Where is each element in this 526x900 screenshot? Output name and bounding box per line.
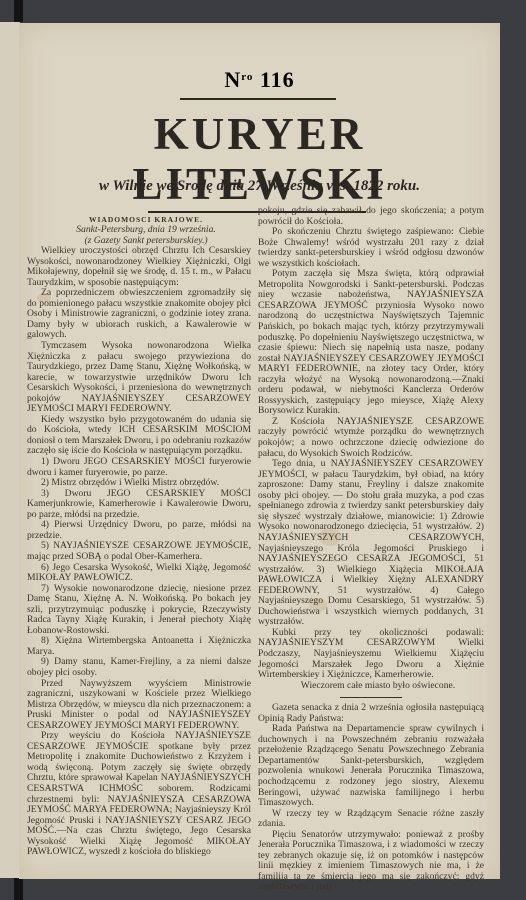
article-paragraph: 1) Dworu JEGO CESARSKIEY MOŚCI furyerowi… bbox=[27, 457, 251, 478]
article-paragraph: Po skończeniu Chrztu świętego zaśpiewano… bbox=[258, 227, 484, 269]
left-column: WIADOMOSCI KRAJOWE. Sankt-Petersburg, dn… bbox=[27, 215, 251, 858]
article-paragraph: Przy weyściu do Kościoła NAYJAŚNIEYSZE C… bbox=[27, 731, 251, 858]
right-column: pokoju, gdzie się zabawił do jego skończ… bbox=[258, 206, 484, 893]
article-paragraph: pokoju, gdzie się zabawił do jego skończ… bbox=[258, 206, 484, 227]
article-paragraph: Rada Państwa na Departamencie spraw cywi… bbox=[258, 724, 484, 808]
article-paragraph: Tymczasem Wysoka nowonarodzona Wielka Xi… bbox=[27, 341, 251, 415]
article-paragraph: Tego dnia, u NAYJAŚNIEYSZEY CESARZOWEY J… bbox=[258, 459, 484, 628]
article-paragraph: Za poprzedniczem obwieszczeniem zgromadz… bbox=[27, 288, 251, 341]
place-date: Sankt-Petersburg, dnia 19 września. bbox=[27, 225, 251, 236]
previous-page-flap bbox=[0, 22, 20, 878]
article-paragraph: Gazeta senacka z dnia 2 września ogłosił… bbox=[258, 703, 484, 724]
article-paragraph: Pięciu Senatorów utrzymywało: ponieważ z… bbox=[258, 830, 484, 893]
article-paragraph: Kiedy wszystko było przygotowaném do uda… bbox=[27, 415, 251, 457]
article-paragraph: 9) Damy stanu, Kamer-Frejliny, a za niem… bbox=[27, 657, 251, 678]
binding-edge-top bbox=[14, 0, 23, 22]
article-paragraph: 4) Pierwsi Urzędnicy Dworu, po parze, mł… bbox=[27, 520, 251, 541]
article-separator bbox=[340, 697, 402, 698]
article-paragraph: Przed Naywyższem wyyściem Ministrowie za… bbox=[27, 679, 251, 732]
article-paragraph: 3) Dworu JEGO CESARSKIEY MOŚCI Kamerjunk… bbox=[27, 489, 251, 521]
article-paragraph: 7) Wysokie nowonarodzone dziecię, niesio… bbox=[27, 584, 251, 637]
article-paragraph: W rzeczy tey w Rządzącym Senacie różne z… bbox=[258, 809, 484, 830]
article-paragraph: Potym zaczęła się Msza święta, którą odp… bbox=[258, 269, 484, 417]
article-paragraph: Z Kościoła NAYJAŚNIEYSZE CESARZOWE raczy… bbox=[258, 417, 484, 459]
article-paragraph: Wielkiey uroczystości obrzęd Chrztu Ich … bbox=[27, 246, 251, 288]
article-paragraph: Kubki przy tey okoliczności podawali: NA… bbox=[258, 628, 484, 681]
masthead-rule-top bbox=[180, 98, 336, 100]
article-paragraph: Wieczorem całe miasto było oświecone. bbox=[258, 681, 484, 692]
article-paragraph: 8) Xiężna Wirtembergska Antoanetta i Xię… bbox=[27, 636, 251, 657]
newspaper-page: Nro 116 KURYER LITEWSKI w Wilnie we Srod… bbox=[19, 23, 500, 879]
issue-number: Nro 116 bbox=[19, 67, 500, 93]
article-paragraph: 5) NAYJAŚNIEYSZE CESARZOWE JEYMOŚCIE, ma… bbox=[27, 541, 251, 562]
dateline: w Wilnie we Srodę dnia 27 Września v. s.… bbox=[19, 178, 500, 195]
article-paragraph: 6) Jego Cesarska Wysokość, Wielki Xiążę,… bbox=[27, 563, 251, 584]
binding-edge-bottom bbox=[14, 878, 23, 900]
